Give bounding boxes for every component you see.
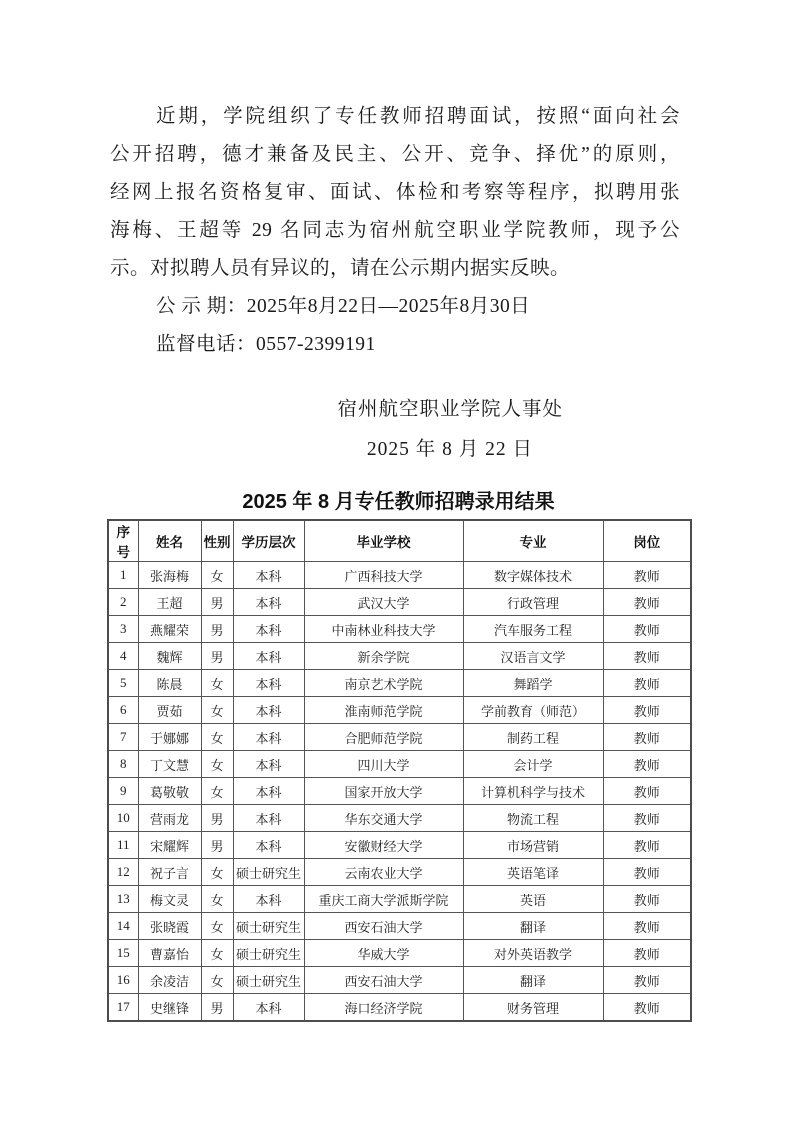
table-cell: 西安石油大学 xyxy=(304,913,463,940)
table-row: 5陈晨女本科南京艺术学院舞蹈学教师 xyxy=(108,670,691,697)
header-gender: 性别 xyxy=(201,520,233,562)
table-row: 4魏辉男本科新余学院汉语言文学教师 xyxy=(108,643,691,670)
table-cell: 7 xyxy=(108,724,138,751)
table-cell: 梅文灵 xyxy=(138,886,201,913)
header-major: 专业 xyxy=(463,520,603,562)
table-cell: 教师 xyxy=(603,805,691,832)
body-line: 示。对拟聘人员有异议的，请在公示期内据实反映。 xyxy=(110,250,680,288)
table-cell: 本科 xyxy=(233,751,304,778)
table-cell: 财务管理 xyxy=(463,994,603,1022)
table-cell: 教师 xyxy=(603,940,691,967)
table-cell: 四川大学 xyxy=(304,751,463,778)
table-cell: 华威大学 xyxy=(304,940,463,967)
table-cell: 贾茹 xyxy=(138,697,201,724)
table-body: 1张海梅女本科广西科技大学数字媒体技术教师2王超男本科武汉大学行政管理教师3燕耀… xyxy=(108,562,691,1022)
table-cell: 本科 xyxy=(233,616,304,643)
table-cell: 女 xyxy=(201,967,233,994)
body-line: 近期，学院组织了专任教师招聘面试，按照“面向社会 xyxy=(110,98,680,136)
table-row: 3燕耀荣男本科中南林业科技大学汽车服务工程教师 xyxy=(108,616,691,643)
table-cell: 淮南师范学院 xyxy=(304,697,463,724)
table-cell: 营雨龙 xyxy=(138,805,201,832)
table-cell: 本科 xyxy=(233,697,304,724)
signature-block: 宿州航空职业学院人事处 2025 年 8 月 22 日 xyxy=(110,390,680,470)
table-cell: 女 xyxy=(201,886,233,913)
table-cell: 广西科技大学 xyxy=(304,562,463,589)
table-cell: 于娜娜 xyxy=(138,724,201,751)
table-cell: 女 xyxy=(201,724,233,751)
table-row: 11宋耀辉男本科安徽财经大学市场营销教师 xyxy=(108,832,691,859)
table-cell: 9 xyxy=(108,778,138,805)
table-cell: 女 xyxy=(201,940,233,967)
table-header-row: 序号 姓名 性别 学历层次 毕业学校 专业 岗位 xyxy=(108,520,691,562)
table-cell: 计算机科学与技术 xyxy=(463,778,603,805)
table-cell: 英语 xyxy=(463,886,603,913)
table-cell: 对外英语教学 xyxy=(463,940,603,967)
table-cell: 教师 xyxy=(603,886,691,913)
table-cell: 数字媒体技术 xyxy=(463,562,603,589)
table-cell: 女 xyxy=(201,913,233,940)
table-cell: 女 xyxy=(201,562,233,589)
table-cell: 教师 xyxy=(603,751,691,778)
table-cell: 17 xyxy=(108,994,138,1022)
table-row: 2王超男本科武汉大学行政管理教师 xyxy=(108,589,691,616)
table-row: 8丁文慧女本科四川大学会计学教师 xyxy=(108,751,691,778)
table-cell: 王超 xyxy=(138,589,201,616)
body-line: 公开招聘，德才兼备及民主、公开、竞争、择优”的原则， xyxy=(110,136,680,174)
header-serial-number: 序号 xyxy=(108,520,138,562)
table-cell: 本科 xyxy=(233,562,304,589)
table-cell: 华东交通大学 xyxy=(304,805,463,832)
table-cell: 女 xyxy=(201,670,233,697)
supervision-phone-line: 监督电话：0557-2399191 xyxy=(110,326,680,364)
table-cell: 合肥师范学院 xyxy=(304,724,463,751)
table-cell: 女 xyxy=(201,697,233,724)
table-cell: 丁文慧 xyxy=(138,751,201,778)
table-cell: 教师 xyxy=(603,724,691,751)
signature-date: 2025 年 8 月 22 日 xyxy=(110,430,680,470)
table-cell: 教师 xyxy=(603,994,691,1022)
table-cell: 燕耀荣 xyxy=(138,616,201,643)
table-cell: 国家开放大学 xyxy=(304,778,463,805)
table-cell: 本科 xyxy=(233,670,304,697)
header-position: 岗位 xyxy=(603,520,691,562)
table-cell: 中南林业科技大学 xyxy=(304,616,463,643)
header-name: 姓名 xyxy=(138,520,201,562)
table-cell: 男 xyxy=(201,805,233,832)
table-cell: 教师 xyxy=(603,670,691,697)
table-title: 2025 年 8 月专任教师招聘录用结果 xyxy=(107,489,690,515)
table-cell: 教师 xyxy=(603,967,691,994)
table-row: 15曹嘉怡女硕士研究生华威大学对外英语教学教师 xyxy=(108,940,691,967)
table-cell: 教师 xyxy=(603,859,691,886)
table-cell: 男 xyxy=(201,616,233,643)
table-cell: 本科 xyxy=(233,778,304,805)
table-cell: 教师 xyxy=(603,778,691,805)
table-cell: 11 xyxy=(108,832,138,859)
table-cell: 翻译 xyxy=(463,913,603,940)
table-cell: 6 xyxy=(108,697,138,724)
table-cell: 行政管理 xyxy=(463,589,603,616)
table-cell: 男 xyxy=(201,832,233,859)
table-cell: 本科 xyxy=(233,832,304,859)
table-cell: 女 xyxy=(201,778,233,805)
table-cell: 教师 xyxy=(603,589,691,616)
table-row: 16余凌洁女硕士研究生西安石油大学翻译教师 xyxy=(108,967,691,994)
document-page: 近期，学院组织了专任教师招聘面试，按照“面向社会 公开招聘，德才兼备及民主、公开… xyxy=(0,0,793,1122)
table-cell: 市场营销 xyxy=(463,832,603,859)
table-cell: 曹嘉怡 xyxy=(138,940,201,967)
table-cell: 翻译 xyxy=(463,967,603,994)
table-cell: 海口经济学院 xyxy=(304,994,463,1022)
table-cell: 女 xyxy=(201,751,233,778)
table-cell: 教师 xyxy=(603,832,691,859)
table-cell: 12 xyxy=(108,859,138,886)
table-row: 13梅文灵女本科重庆工商大学派斯学院英语教师 xyxy=(108,886,691,913)
table-cell: 教师 xyxy=(603,697,691,724)
table-cell: 南京艺术学院 xyxy=(304,670,463,697)
table-row: 12祝子言女硕士研究生云南农业大学英语笔译教师 xyxy=(108,859,691,886)
table-cell: 本科 xyxy=(233,643,304,670)
table-cell: 硕士研究生 xyxy=(233,859,304,886)
table-cell: 本科 xyxy=(233,724,304,751)
table-cell: 女 xyxy=(201,859,233,886)
table-cell: 本科 xyxy=(233,886,304,913)
public-period-line: 公 示 期：2025年8月22日—2025年8月30日 xyxy=(110,288,680,326)
table-cell: 本科 xyxy=(233,994,304,1022)
table-cell: 云南农业大学 xyxy=(304,859,463,886)
body-line: 海梅、王超等 29 名同志为宿州航空职业学院教师，现予公 xyxy=(110,212,680,250)
table-row: 9葛敬敬女本科国家开放大学计算机科学与技术教师 xyxy=(108,778,691,805)
table-cell: 16 xyxy=(108,967,138,994)
table-cell: 硕士研究生 xyxy=(233,913,304,940)
table-cell: 安徽财经大学 xyxy=(304,832,463,859)
table-cell: 硕士研究生 xyxy=(233,967,304,994)
table-cell: 武汉大学 xyxy=(304,589,463,616)
table-cell: 1 xyxy=(108,562,138,589)
table-cell: 张海梅 xyxy=(138,562,201,589)
table-cell: 男 xyxy=(201,589,233,616)
table-cell: 会计学 xyxy=(463,751,603,778)
table-cell: 14 xyxy=(108,913,138,940)
table-cell: 教师 xyxy=(603,616,691,643)
table-cell: 葛敬敬 xyxy=(138,778,201,805)
body-line: 经网上报名资格复审、面试、体检和考察等程序，拟聘用张 xyxy=(110,174,680,212)
table-cell: 祝子言 xyxy=(138,859,201,886)
table-cell: 4 xyxy=(108,643,138,670)
table-cell: 陈晨 xyxy=(138,670,201,697)
table-cell: 余凌洁 xyxy=(138,967,201,994)
table-cell: 5 xyxy=(108,670,138,697)
table-row: 17史继锋男本科海口经济学院财务管理教师 xyxy=(108,994,691,1022)
table-cell: 英语笔译 xyxy=(463,859,603,886)
header-education-level: 学历层次 xyxy=(233,520,304,562)
table-cell: 教师 xyxy=(603,913,691,940)
table-cell: 教师 xyxy=(603,643,691,670)
table-cell: 魏辉 xyxy=(138,643,201,670)
table-cell: 新余学院 xyxy=(304,643,463,670)
table-cell: 3 xyxy=(108,616,138,643)
table-cell: 本科 xyxy=(233,805,304,832)
table-row: 6贾茹女本科淮南师范学院学前教育（师范）教师 xyxy=(108,697,691,724)
table-row: 10营雨龙男本科华东交通大学物流工程教师 xyxy=(108,805,691,832)
announcement-body: 近期，学院组织了专任教师招聘面试，按照“面向社会 公开招聘，德才兼备及民主、公开… xyxy=(110,98,680,364)
table-cell: 男 xyxy=(201,994,233,1022)
table-cell: 2 xyxy=(108,589,138,616)
table-cell: 西安石油大学 xyxy=(304,967,463,994)
table-row: 14张晓霞女硕士研究生西安石油大学翻译教师 xyxy=(108,913,691,940)
recruitment-result-table: 序号 姓名 性别 学历层次 毕业学校 专业 岗位 1张海梅女本科广西科技大学数字… xyxy=(107,519,692,1022)
table-cell: 物流工程 xyxy=(463,805,603,832)
table-cell: 本科 xyxy=(233,589,304,616)
header-graduated-school: 毕业学校 xyxy=(304,520,463,562)
table-cell: 男 xyxy=(201,643,233,670)
table-cell: 宋耀辉 xyxy=(138,832,201,859)
table-cell: 13 xyxy=(108,886,138,913)
table-cell: 重庆工商大学派斯学院 xyxy=(304,886,463,913)
table-cell: 舞蹈学 xyxy=(463,670,603,697)
table-cell: 制药工程 xyxy=(463,724,603,751)
table-cell: 15 xyxy=(108,940,138,967)
table-cell: 汉语言文学 xyxy=(463,643,603,670)
table-cell: 张晓霞 xyxy=(138,913,201,940)
table-cell: 教师 xyxy=(603,562,691,589)
table-cell: 8 xyxy=(108,751,138,778)
signature-organization: 宿州航空职业学院人事处 xyxy=(110,390,680,430)
table-cell: 学前教育（师范） xyxy=(463,697,603,724)
table-cell: 硕士研究生 xyxy=(233,940,304,967)
table-row: 1张海梅女本科广西科技大学数字媒体技术教师 xyxy=(108,562,691,589)
table-cell: 汽车服务工程 xyxy=(463,616,603,643)
table-row: 7于娜娜女本科合肥师范学院制药工程教师 xyxy=(108,724,691,751)
table-cell: 10 xyxy=(108,805,138,832)
table-cell: 史继锋 xyxy=(138,994,201,1022)
